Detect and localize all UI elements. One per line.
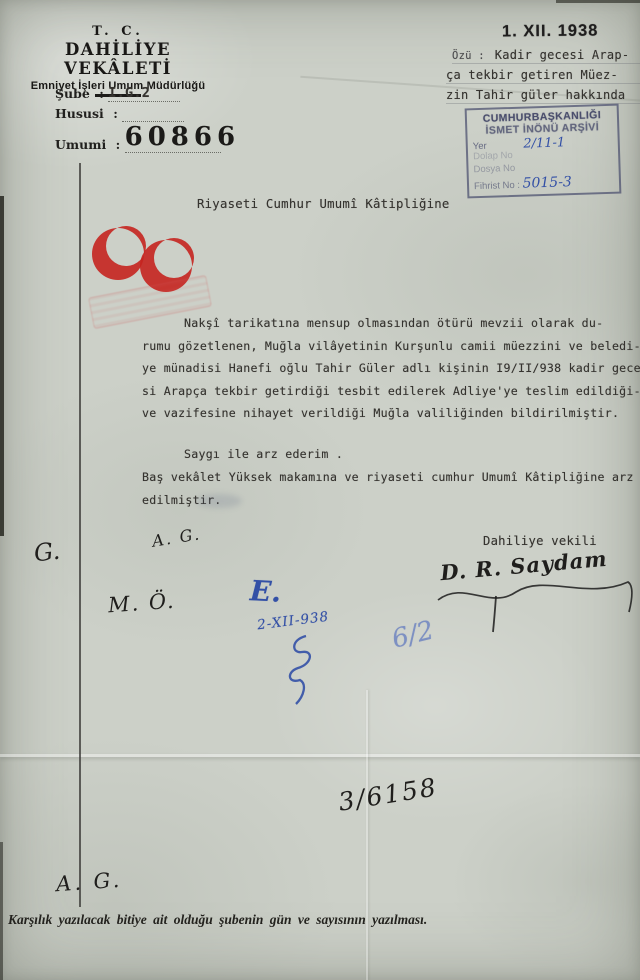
- handwritten-initials-bottom: A. G.: [55, 868, 123, 897]
- subject-block: Özü : Kadir gecesi Arap- ça tekbir getir…: [452, 44, 640, 104]
- scanned-letter: T. C. DAHİLİYE VEKÂLETİ Emniyet İşleri U…: [0, 0, 640, 980]
- field-umumi: Umumi : 60866: [55, 122, 221, 153]
- archive-stamp: CUMHURBAŞKANLIĞI İSMET İNÖNÜ ARŞİVİ Yer …: [465, 104, 622, 199]
- body-line: ye münadisi Hanefi oğlu Tahir Güler adlı…: [142, 357, 634, 380]
- signature-flourish-icon: [432, 566, 637, 636]
- umumi-label: Umumi: [55, 137, 106, 152]
- field-sube: Şube : I.G.2: [55, 82, 180, 102]
- closing-line: Saygı ile arz ederim .: [184, 447, 343, 461]
- letterhead-ministry: DAHİLİYE VEKÂLETİ: [18, 40, 218, 78]
- scan-edge-top: [556, 0, 640, 3]
- blue-paraph-icon: [280, 632, 324, 710]
- subject-label: Özü :: [452, 50, 485, 62]
- stamp-yer-value: 2/11-1: [523, 135, 565, 151]
- body-line: Nakşî tarikatına mensup olmasından ötürü…: [142, 312, 634, 335]
- body-line: si Arapça tekbir getirdiği tesbit ediler…: [142, 380, 634, 403]
- ink-smudge: [196, 494, 242, 508]
- field-hususi: Hususi :: [55, 103, 184, 122]
- stamp-dolap-label: Dolap No: [473, 150, 513, 162]
- blue-fraction-note: 6/2: [389, 615, 437, 654]
- handwritten-initial-left: G.: [33, 537, 62, 568]
- sube-value: I.G.2: [108, 85, 150, 101]
- fold-crease-horizontal: [0, 754, 640, 757]
- signer-title: Dahiliye vekili: [483, 534, 597, 548]
- scan-edge-left: [0, 196, 4, 536]
- body-paragraph: Nakşî tarikatına mensup olmasından ötürü…: [142, 312, 634, 425]
- sube-label: Şube: [55, 86, 90, 101]
- forwarding-note-line-1: Baş vekâlet Yüksek makamına ve riyaseti …: [142, 470, 634, 484]
- subject-line-3: zin Tahir güler hakkında: [446, 88, 625, 102]
- subject-line-2: ça tekbir getiren Müez-: [446, 68, 618, 82]
- date-stamp: 1. XII. 1938: [502, 21, 599, 41]
- blue-initial: E.: [249, 574, 282, 609]
- margin-rule-line: [79, 163, 81, 907]
- blue-handwritten-date: 2-XII-938: [256, 609, 330, 634]
- body-line: rumu gözetlenen, Muğla vilâyetinin Kurşu…: [142, 335, 634, 358]
- letterhead-country: T. C.: [18, 24, 218, 39]
- hususi-label: Hususi: [55, 106, 104, 121]
- stamp-fihrist-label: Fihrist No :: [474, 180, 520, 192]
- stamp-dosya-label: Dosya No: [473, 163, 515, 175]
- body-line: ve vazifesine nihayet verildiği Muğla va…: [142, 402, 634, 425]
- subject-line-1: Kadir gecesi Arap-: [495, 48, 630, 62]
- scan-edge-left-lower: [0, 842, 3, 980]
- handwritten-initials-top: A. G.: [151, 524, 202, 550]
- fold-crease-vertical: [366, 690, 368, 980]
- handwritten-initials-mid: M. Ö.: [107, 589, 176, 618]
- footer-instruction: Karşılık yazılacak bitiye ait olduğu şub…: [8, 912, 633, 928]
- salutation: Riyaseti Cumhur Umumî Kâtipliğine: [197, 197, 450, 211]
- stamp-fihrist-value: 5015-3: [522, 174, 572, 192]
- umumi-value: 60866: [125, 122, 240, 152]
- handwritten-file-number: 3/6158: [336, 772, 439, 816]
